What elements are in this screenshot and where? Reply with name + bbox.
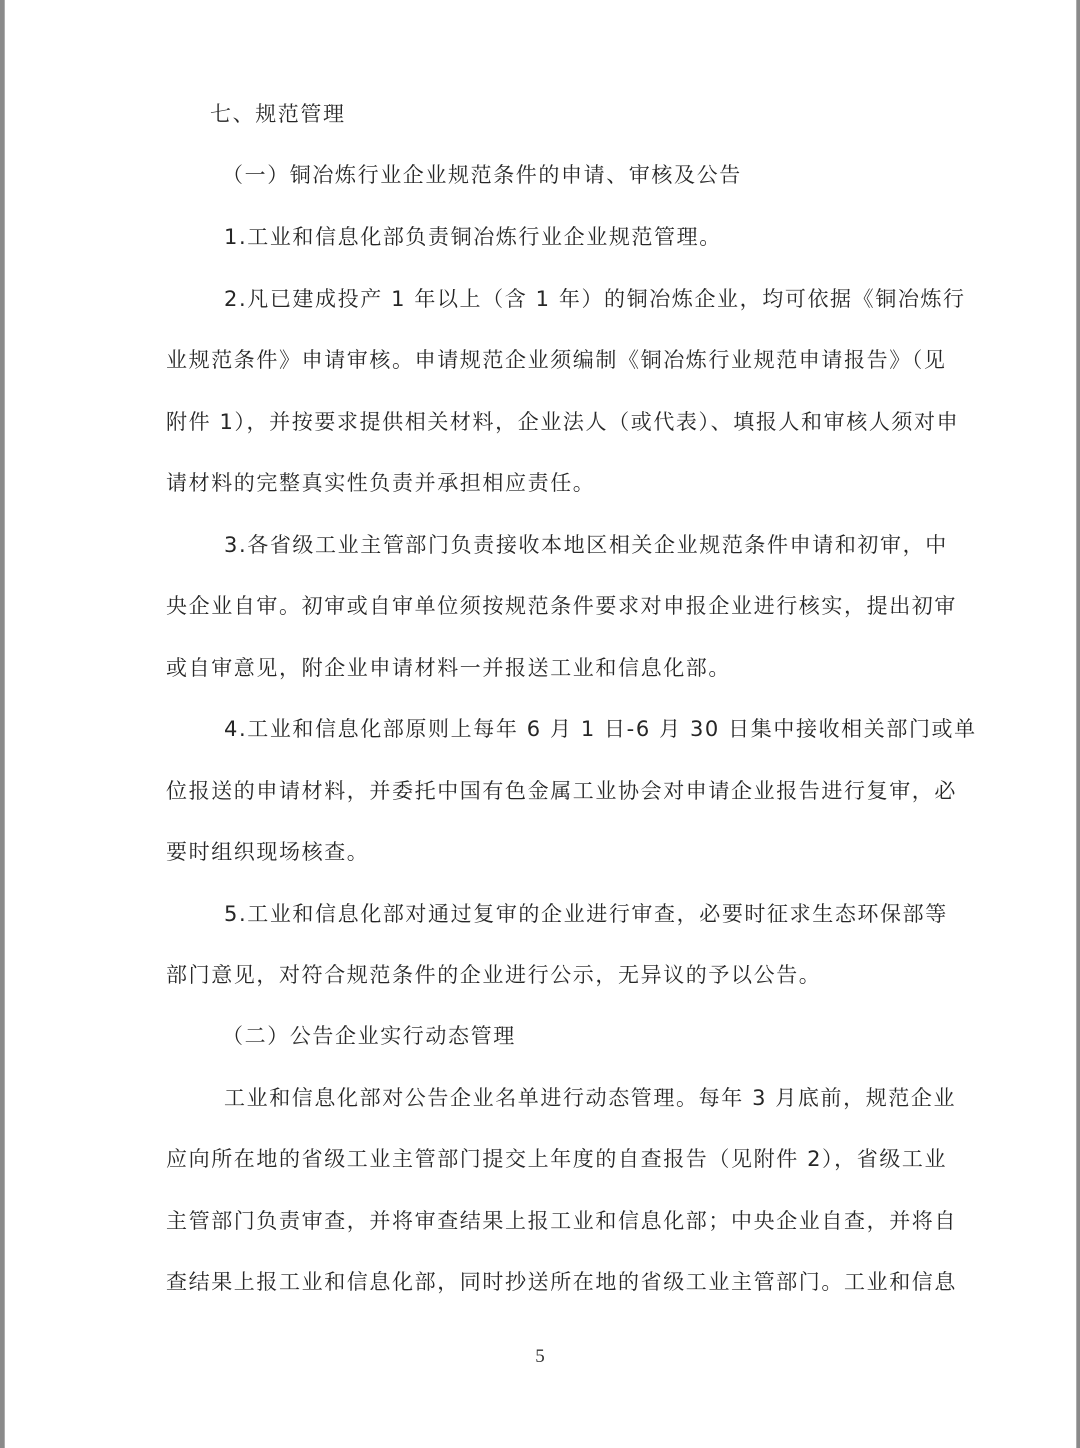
item-2-line-3: 附件 1），并按要求提供相关材料，企业法人（或代表）、填报人和审核人须对申 [166,407,914,437]
viewer-right-border [1076,0,1080,1448]
item-5-line-2: 部门意见，对符合规范条件的企业进行公示，无异议的予以公告。 [166,960,914,990]
item-2-line-1: 2.凡已建成投产 1 年以上（含 1 年）的铜冶炼企业，均可依据《铜冶炼行 [224,284,914,314]
item-4-line-3: 要时组织现场核查。 [166,837,914,867]
subsection-2-line-2: 应向所在地的省级工业主管部门提交上年度的自查报告（见附件 2），省级工业 [166,1144,914,1174]
item-2-line-4: 请材料的完整真实性负责并承担相应责任。 [166,468,914,498]
item-2-line-2: 业规范条件》申请审核。申请规范企业须编制《铜冶炼行业规范申请报告》（见 [166,345,914,375]
subsection-2-line-1: 工业和信息化部对公告企业名单进行动态管理。每年 3 月底前，规范企业 [224,1083,914,1113]
item-1-line-1: 1.工业和信息化部负责铜冶炼行业企业规范管理。 [224,222,914,252]
subsection-1-title: （一）铜冶炼行业企业规范条件的申请、审核及公告 [222,160,742,190]
page-number: 5 [0,1346,1080,1368]
item-4-line-1: 4.工业和信息化部原则上每年 6 月 1 日-6 月 30 日集中接收相关部门或… [224,714,914,744]
section-heading: 七、规范管理 [210,99,346,129]
item-3-line-2: 央企业自审。初审或自审单位须按规范条件要求对申报企业进行核实，提出初审 [166,591,914,621]
item-5-line-1: 5.工业和信息化部对通过复审的企业进行审查，必要时征求生态环保部等 [224,899,914,929]
item-3-line-1: 3.各省级工业主管部门负责接收本地区相关企业规范条件申请和初审，中 [224,530,914,560]
item-4-line-2: 位报送的申请材料，并委托中国有色金属工业协会对申请企业报告进行复审，必 [166,776,914,806]
item-3-line-3: 或自审意见，附企业申请材料一并报送工业和信息化部。 [166,653,914,683]
subsection-2-title: （二）公告企业实行动态管理 [222,1021,516,1051]
subsection-2-line-4: 查结果上报工业和信息化部，同时抄送所在地的省级工业主管部门。工业和信息 [166,1267,914,1297]
subsection-2-line-3: 主管部门负责审查，并将审查结果上报工业和信息化部；中央企业自查，并将自 [166,1206,914,1236]
